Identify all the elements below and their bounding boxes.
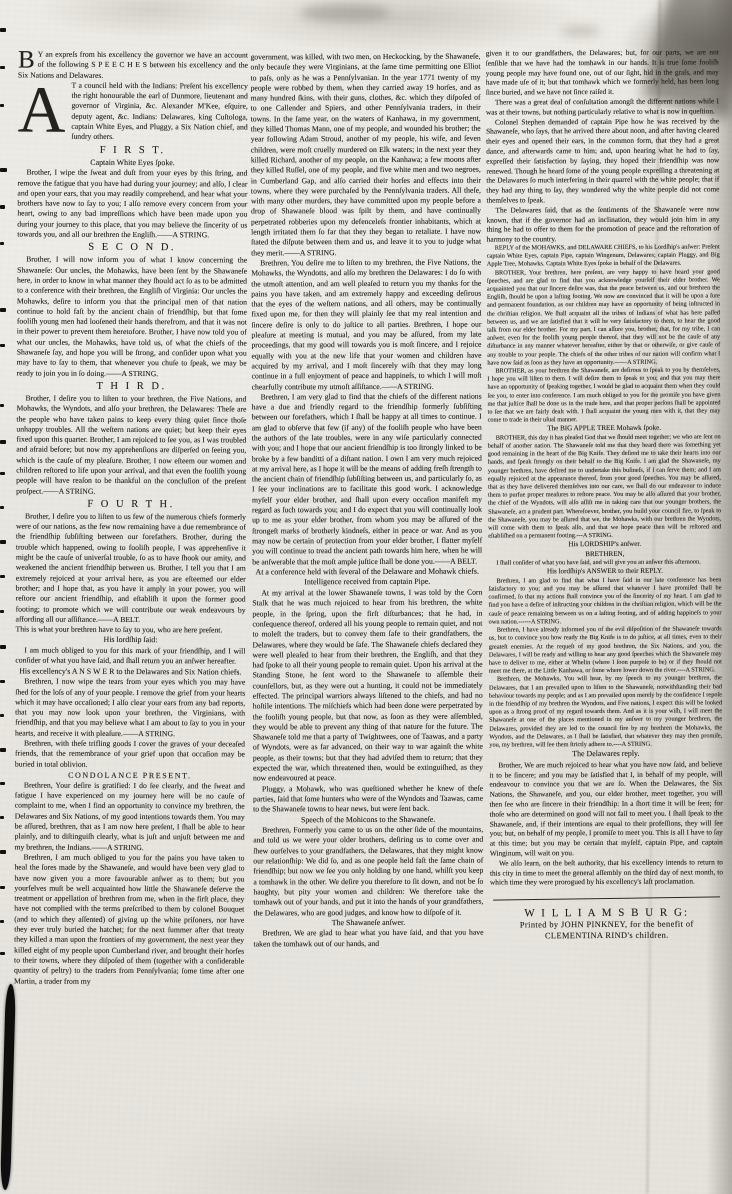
margin-ink-mark bbox=[0, 168, 7, 172]
section-heading: Speech of the Mohicons to the Shawaneſe. bbox=[253, 814, 483, 825]
text-column-2: government, was killed, with two men, on… bbox=[250, 52, 483, 950]
margin-ink-mark bbox=[0, 816, 4, 819]
paragraph: BROTHER, as your brethren the Shawaneſe,… bbox=[487, 366, 720, 425]
paragraph: We alſo learn, on the beſt authority, th… bbox=[490, 857, 723, 888]
paragraph: Brother, I will now inform you of what I… bbox=[17, 255, 248, 380]
paragraph: Pluggy, a Mohawk, who was queſtioned whe… bbox=[253, 783, 483, 815]
binding-ink-mark bbox=[0, 984, 16, 1190]
paragraph: REPLY of the MOHAWKS, and DELAWARE CHIEF… bbox=[487, 243, 720, 269]
paragraph: BY an expreſs from his excellency the go… bbox=[18, 50, 248, 82]
margin-ink-mark bbox=[0, 850, 6, 854]
paragraph: At my arrival at the lower Shawaneſe tow… bbox=[252, 588, 483, 784]
paragraph: Brethren, You deſire me to liſten to my … bbox=[251, 258, 481, 393]
paragraph: Brethren, the Mohawks, You will hear, by… bbox=[489, 675, 722, 750]
paragraph: Brethren, I am much obliged to you for t… bbox=[14, 852, 245, 987]
margin-ink-mark bbox=[0, 28, 6, 32]
section-heading: S E C O N D. bbox=[17, 241, 247, 255]
margin-ink-mark bbox=[0, 782, 5, 785]
margin-ink-mark bbox=[0, 714, 4, 717]
margin-ink-mark bbox=[0, 472, 5, 475]
margin-ink-mark bbox=[0, 680, 5, 683]
paragraph: There was a great deal of conſultation a… bbox=[486, 96, 719, 117]
margin-ink-mark bbox=[0, 104, 4, 107]
margin-ink-mark bbox=[0, 506, 4, 509]
paragraph: Brother, I deſire you to liſten to us fe… bbox=[16, 511, 246, 625]
margin-ink-mark bbox=[0, 404, 4, 407]
paragraph: Brethren, I now wipe the tears from your… bbox=[15, 677, 245, 740]
ink-smudge bbox=[300, 4, 390, 22]
newspaper-page: BY an expreſs from his excellency the go… bbox=[0, 0, 732, 1194]
section-heading: Intelligence received from captain Pipe. bbox=[252, 577, 482, 588]
paragraph: This is what your brethren have to ſay t… bbox=[15, 625, 245, 636]
margin-ink-mark bbox=[0, 308, 6, 312]
paragraph: Brethren, Formerly you came to us on the… bbox=[253, 825, 483, 918]
paragraph: The Delawares ſaid, that as the ſentimen… bbox=[486, 204, 719, 244]
margin-ink-mark bbox=[0, 242, 4, 245]
text-column-1: BY an expreſs from his excellency the go… bbox=[14, 50, 248, 988]
section-heading: The Shawaneſe anſwer. bbox=[253, 917, 483, 928]
colophon: Printed by JOHN PINKNEY, for the benefit… bbox=[490, 919, 723, 942]
paragraph: given it to our grandfathers, the Delawa… bbox=[486, 47, 719, 97]
paragraph: Brother, I wipe the ſweat and duſt from … bbox=[17, 168, 247, 241]
paragraph: Brethren, I have already informed you of… bbox=[489, 625, 722, 675]
paragraph: AT a council held with the Indians: Preſ… bbox=[18, 80, 248, 143]
paragraph: Colonel Stephen demanded of captain Pipe… bbox=[486, 116, 719, 205]
drop-cap: A bbox=[18, 80, 72, 136]
margin-ink-mark bbox=[0, 748, 6, 752]
paragraph: Brethren, We are glad to hear what you h… bbox=[253, 928, 483, 949]
paragraph: Brother, I deſire you to liſten to your … bbox=[16, 393, 246, 497]
colophon: W I L L I A M S B U R G: bbox=[490, 905, 723, 920]
margin-ink-mark bbox=[0, 205, 5, 209]
paragraph: Brethren, I am very glad to find that th… bbox=[252, 391, 483, 567]
margin-ink-mark bbox=[0, 610, 4, 613]
paragraph: government, was killed, with two men, on… bbox=[250, 52, 481, 259]
paragraph: Brethren, Your deſire is gratified: I do… bbox=[15, 780, 245, 853]
section-heading: F O U R T H. bbox=[16, 497, 246, 511]
divider-rule bbox=[493, 897, 720, 901]
paragraph: I am much obliged to you for this mark o… bbox=[15, 646, 245, 668]
drop-cap: B bbox=[18, 50, 38, 70]
paragraph: BROTHER, this day it has pleaſed God tha… bbox=[488, 433, 722, 541]
paragraph: Brethren, with theſe trifling goods I co… bbox=[15, 738, 245, 770]
paragraph: BROTHER, Your brethren, here preſent, ar… bbox=[487, 268, 721, 368]
margin-ink-mark bbox=[0, 344, 5, 347]
section-heading: T H I R D. bbox=[17, 379, 247, 393]
margin-ink-mark bbox=[0, 645, 6, 649]
paragraph: Brethren, I am glad to find that what I … bbox=[488, 576, 721, 626]
section-heading: At a conference held with ſeveral of the… bbox=[252, 566, 482, 577]
margin-ink-mark bbox=[0, 575, 5, 578]
margin-ink-mark bbox=[0, 440, 6, 444]
margin-ink-mark bbox=[0, 540, 6, 544]
margin-ink-mark bbox=[0, 886, 5, 889]
paragraph: Brother, We are much rejoiced to hear wh… bbox=[489, 759, 723, 858]
text-column-3: given it to our grandfathers, the Delawa… bbox=[486, 47, 724, 942]
margin-ink-mark bbox=[0, 952, 5, 955]
margin-ink-mark bbox=[0, 66, 5, 69]
ink-smudge bbox=[560, 26, 600, 36]
margin-ink-mark bbox=[0, 920, 4, 923]
